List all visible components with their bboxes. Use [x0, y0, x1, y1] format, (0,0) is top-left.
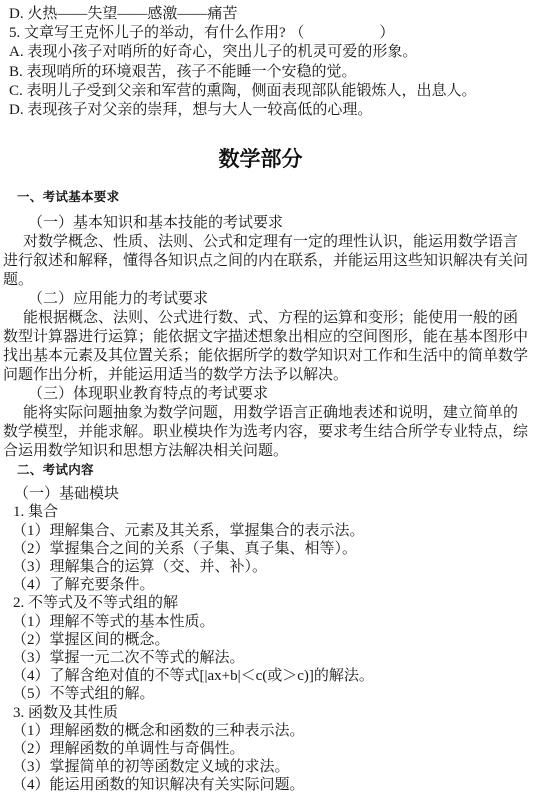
text-line: 1. 集合 [0, 503, 539, 521]
text-line: （5）不等式组的解。 [0, 685, 539, 703]
text-line: （一）基础模块 [0, 485, 539, 503]
text-line: C. 表明儿子受到父亲和军营的熏陶，侧面表现部队能锻炼人，出息人。 [0, 82, 539, 101]
text-line: 合运用数学知识和思想方法解决相关问题。 [0, 442, 539, 461]
text-line: （3）掌握简单的初等函数定义域的求法。 [0, 758, 539, 776]
text-line: 数型计算器进行运算；能依据文字描述想象出相应的空间图形，能在基本图形中 [0, 328, 539, 347]
text-line: （4）了解充要条件。 [0, 576, 539, 594]
text-line: 问题作出分析，并能运用适当的数学方法予以解决。 [0, 366, 539, 385]
document-page: D. 火热——失望——感激——痛苦5. 文章写王克怀儿子的举动，有什么作用? （… [0, 0, 539, 806]
text-line: 数学模型，并能求解。职业模块作为选考内容，要求考生结合所学专业特点，综 [0, 423, 539, 442]
text-line: （4）了解含绝对值的不等式[|ax+b|＜c(或＞c)]的解法。 [0, 667, 539, 685]
text-line: D. 表现孩子对父亲的崇拜，想与大人一较高低的心理。 [0, 101, 539, 120]
text-line: （1）理解不等式的基本性质。 [0, 613, 539, 631]
text-line: 2. 不等式及不等式组的解 [0, 594, 539, 612]
text-line: D. 火热——失望——感激——痛苦 [0, 5, 539, 24]
section-exam-content: 二、考试内容 （一）基础模块1. 集合（1）理解集合、元素及其关系，掌握集合的表… [0, 461, 539, 794]
text-line: （2）理解函数的单调性与奇偶性。 [0, 740, 539, 758]
text-line: （2）掌握集合之间的关系（子集、真子集、相等）。 [0, 540, 539, 558]
math-part-title: 数学部分 [0, 147, 539, 173]
text-line: 进行叙述和解释，懂得各知识点之间的内在联系，并能运用这些知识解决有关问 [0, 252, 539, 271]
text-line: 5. 文章写王克怀儿子的举动，有什么作用? （ ） [0, 24, 539, 43]
text-line: 对数学概念、性质、法则、公式和定理有一定的理性认识，能运用数学语言 [0, 233, 539, 252]
text-line: （2）掌握区间的概念。 [0, 631, 539, 649]
text-line: B. 表现哨所的环境艰苦，孩子不能睡一个安稳的觉。 [0, 63, 539, 82]
section-heading: 一、考试基本要求 [17, 188, 539, 207]
text-line: 能将实际问题抽象为数学问题，用数学语言正确地表述和说明，建立简单的 [0, 404, 539, 423]
section-body: （一）基础模块1. 集合（1）理解集合、元素及其关系，掌握集合的表示法。（2）掌… [0, 485, 539, 794]
text-line: （4）能运用函数的知识解决有关实际问题。 [0, 776, 539, 794]
text-line: （二）应用能力的考试要求 [0, 290, 539, 309]
text-line: 题。 [0, 271, 539, 290]
text-line: 能根据概念、法则、公式进行数、式、方程的运算和变形；能使用一般的函 [0, 309, 539, 328]
text-line: （三）体现职业教育特点的考试要求 [0, 385, 539, 404]
question-options-block: D. 火热——失望——感激——痛苦5. 文章写王克怀儿子的举动，有什么作用? （… [0, 5, 539, 120]
text-line: 3. 函数及其性质 [0, 704, 539, 722]
text-line: （1）理解函数的概念和函数的三种表示法。 [0, 722, 539, 740]
section-exam-basic-requirements: 一、考试基本要求 （一）基本知识和基本技能的考试要求对数学概念、性质、法则、公式… [0, 188, 539, 461]
text-line: （一）基本知识和基本技能的考试要求 [0, 214, 539, 233]
text-line: （3）掌握一元二次不等式的解法。 [0, 649, 539, 667]
section-body: （一）基本知识和基本技能的考试要求对数学概念、性质、法则、公式和定理有一定的理性… [0, 214, 539, 461]
text-line: （3）理解集合的运算（交、并、补）。 [0, 558, 539, 576]
text-line: （1）理解集合、元素及其关系，掌握集合的表示法。 [0, 522, 539, 540]
text-line: A. 表现小孩子对哨所的好奇心，突出儿子的机灵可爱的形象。 [0, 43, 539, 62]
section-heading: 二、考试内容 [17, 461, 539, 480]
text-line: 找出基本元素及其位置关系；能依据所学的数学知识对工作和生活中的简单数学 [0, 347, 539, 366]
